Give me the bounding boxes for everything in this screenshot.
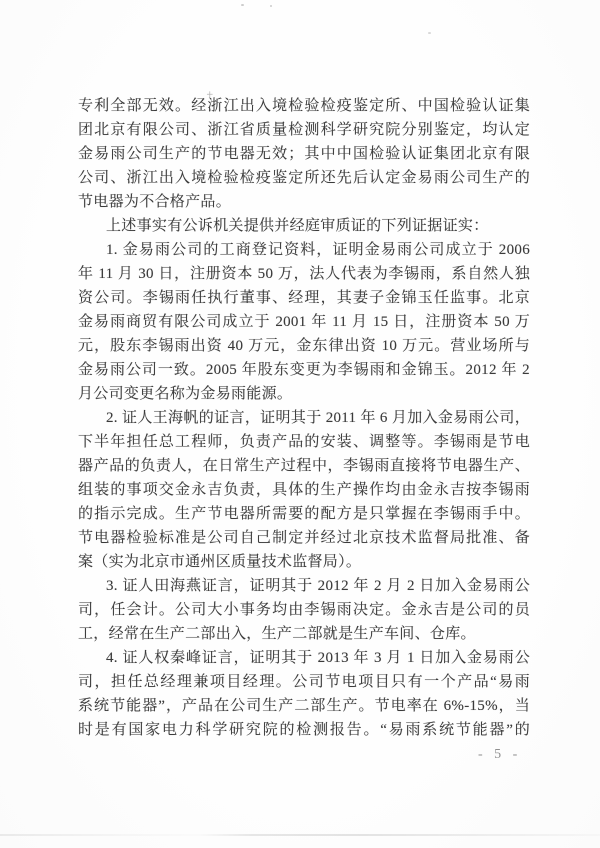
- text-line: 时是有国家电力科学研究院的检测报告。“易雨系统节能器”的: [78, 718, 530, 742]
- text-line: 司，任会计。公司大小事务均由李锡雨决定。金永吉是公司的员: [78, 598, 530, 622]
- page-number: - 5 -: [478, 747, 558, 763]
- paragraph-evidence-2: 2. 证人王海帆的证言，证明其于 2011 年 6 月加入金易雨公司， 下半年担…: [78, 406, 530, 574]
- document-body: 专利全部无效。经浙江出入境检验检疫鉴定所、中国检验认证集 团北京有限公司、浙江省…: [78, 94, 530, 742]
- paragraph-findings: 专利全部无效。经浙江出入境检验检疫鉴定所、中国检验认证集 团北京有限公司、浙江省…: [78, 94, 530, 214]
- text-line: 系统节能器”，产品在公司生产二部生产。节电率在 6%-15%，当: [78, 694, 530, 718]
- scanned-document-page: + 专利全部无效。经浙江出入境检验检疫鉴定所、中国检验认证集 团北京有限公司、浙…: [0, 0, 600, 848]
- text-line: 4. 证人权秦峰证言，证明其于 2013 年 3 月 1 日加入金易雨公: [78, 646, 530, 670]
- text-line: 司，担任总经理兼项目经理。公司节电项目只有一个产品“易雨: [78, 670, 530, 694]
- text-line: 案（实为北京市通州区质量技术监督局）。: [78, 550, 530, 574]
- scan-artifact-line: [0, 834, 600, 836]
- text-line: 金易雨公司一致。2005 年股东变更为李锡雨和金锦玉。2012 年 2: [78, 358, 530, 382]
- scan-speck: [428, 32, 431, 34]
- scan-speck: [241, 4, 244, 6]
- scan-speck: [270, 5, 272, 7]
- text-line: 年 11 月 30 日，注册资本 50 万，法人代表为李锡雨，系自然人独: [78, 262, 530, 286]
- paragraph-evidence-1: 1. 金易雨公司的工商登记资料，证明金易雨公司成立于 2006 年 11 月 3…: [78, 238, 530, 406]
- text-line: 的指示完成。生产节电器所需要的配方是只掌握在李锡雨手中。: [78, 502, 530, 526]
- text-line: 上述事实有公诉机关提供并经庭审质证的下列证据证实：: [78, 214, 530, 238]
- text-line: 3. 证人田海燕证言，证明其于 2012 年 2 月 2 日加入金易雨公: [78, 574, 530, 598]
- text-line: 2. 证人王海帆的证言，证明其于 2011 年 6 月加入金易雨公司，: [78, 406, 530, 430]
- paragraph-evidence-3: 3. 证人田海燕证言，证明其于 2012 年 2 月 2 日加入金易雨公 司，任…: [78, 574, 530, 646]
- text-line: 节电器检验标准是公司自己制定并经过北京技术监督局批准、备: [78, 526, 530, 550]
- paragraph-evidence-4: 4. 证人权秦峰证言，证明其于 2013 年 3 月 1 日加入金易雨公 司，担…: [78, 646, 530, 742]
- text-line: 工，经常在生产二部出入，生产二部就是生产车间、仓库。: [78, 622, 530, 646]
- text-line: 月公司变更名称为金易雨能源。: [78, 382, 530, 406]
- text-line: 专利全部无效。经浙江出入境检验检疫鉴定所、中国检验认证集: [78, 94, 530, 118]
- paragraph-evidence-intro: 上述事实有公诉机关提供并经庭审质证的下列证据证实：: [78, 214, 530, 238]
- text-line: 金易雨商贸有限公司成立于 2001 年 11 月 15 日，注册资本 50 万: [78, 310, 530, 334]
- text-line: 团北京有限公司、浙江省质量检测科学研究院分别鉴定，均认定: [78, 118, 530, 142]
- text-line: 下半年担任总工程师，负责产品的安装、调整等。李锡雨是节电: [78, 430, 530, 454]
- text-line: 元，股东李锡雨出资 40 万元，金东律出资 10 万元。营业场所与: [78, 334, 530, 358]
- text-line: 节电器为不合格产品。: [78, 190, 530, 214]
- text-line: 公司、浙江出入境检验检疫鉴定所还先后认定金易雨公司生产的: [78, 166, 530, 190]
- text-line: 资公司。李锡雨任执行董事、经理，其妻子金锦玉任监事。北京: [78, 286, 530, 310]
- text-line: 金易雨公司生产的节电器无效；其中中国检验认证集团北京有限: [78, 142, 530, 166]
- text-line: 1. 金易雨公司的工商登记资料，证明金易雨公司成立于 2006: [78, 238, 530, 262]
- text-line: 组装的事项交金永吉负责，具体的生产操作均由金永吉按李锡雨: [78, 478, 530, 502]
- text-line: 器产品的负责人，在日常生产过程中，李锡雨直接将节电器生产、: [78, 454, 530, 478]
